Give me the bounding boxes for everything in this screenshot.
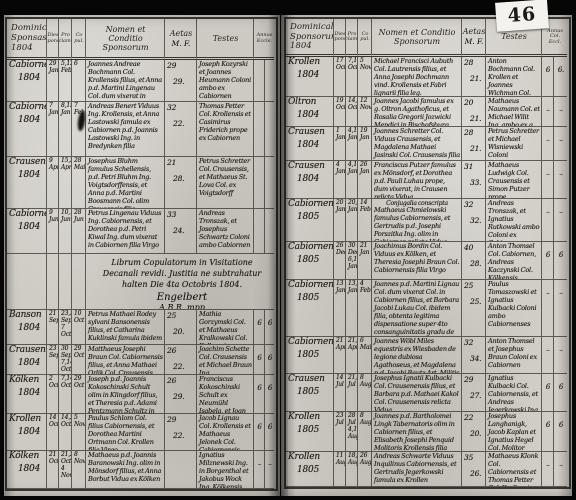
row-witnesses: Joachim Schette Col. Crausensis et Micha… — [199, 346, 252, 375]
cell-copulation-date: 8 Aug — [358, 374, 372, 412]
register-row: Kölken 1804 21 Oct 21,28 Oct 4 Nov 8 Nov… — [7, 451, 276, 489]
row-fee-2: 6 — [267, 354, 273, 363]
cell-place: Crausen 1804 — [7, 157, 47, 209]
row-year: 1804 — [18, 170, 45, 181]
row-fee-2: – — [556, 208, 566, 217]
cell-place: Kölken 1804 — [7, 375, 47, 414]
row-betrothal-date: 14 Oct — [49, 415, 57, 429]
cell-copulation-date: 12 Nov — [358, 97, 372, 127]
cell-fee-2: 6 — [265, 375, 274, 414]
row-fee-1: 6 — [256, 319, 263, 328]
row-betrothal-date: 21 Oct — [49, 452, 57, 466]
cell-witnesses: Andreas Tronszak, et Josephus Schwartz C… — [197, 209, 254, 254]
cell-ages: 29 27. — [462, 374, 486, 412]
row-fee-2: 6 — [556, 421, 566, 430]
row-place: Crausen — [288, 162, 332, 172]
row-names-condition: Joannes Jacobi famulus ex g. Oltron Agat… — [374, 98, 460, 127]
row-fee-1: 6 — [544, 421, 552, 430]
row-place: Cabiornen — [9, 103, 45, 113]
header-aetas-sub: M. F. — [172, 40, 191, 48]
cell-witnesses: Josephus Langhanigk, Jacob Kaplan et Ign… — [486, 412, 542, 452]
cell-copulation-date: 4 Feb — [358, 280, 372, 337]
row-age-female: 28. — [173, 174, 195, 183]
visitation-note: Librum Copulatorum in Visitatione Decana… — [86, 254, 274, 310]
row-place: Kölken — [9, 452, 45, 462]
row-betrothal-date: 29 Jan — [49, 61, 57, 75]
register-row: Cabiornen 1805 20 Jan 20,27 Jan 14 Feb C… — [286, 199, 569, 242]
register-row: Cabiornen 1804 7 Jan 8,15,22 Jan 7 Feb A… — [7, 102, 276, 157]
cell-fee-2: – — [265, 451, 274, 489]
cell-ages: 25 20. — [165, 310, 197, 345]
row-age-male: 26 — [167, 346, 195, 355]
cell-fee-1: 6 — [254, 375, 265, 414]
row-fee-1: 6 — [544, 383, 552, 392]
row-names-condition: Joannes Andreae Bochmann Col. Krollensis… — [88, 61, 163, 102]
row-place: Crausen — [288, 128, 332, 138]
cell-proclamation-dates: 30 Sept 7,14 Oct — [59, 345, 72, 375]
row-names-condition: Mathaeus Chmielowski famulus Cabiornensi… — [374, 207, 460, 242]
row-year: 1804 — [18, 323, 45, 334]
cell-fee-2 — [265, 209, 274, 254]
row-copulation-date: 5 Nov — [360, 58, 370, 72]
row-age-male: 32 — [464, 338, 484, 347]
cell-copulation-date: 28 Jun — [72, 209, 86, 254]
cell-fee-2: – — [554, 280, 567, 337]
cell-copulation-date: 29 Oct — [72, 345, 86, 375]
row-names-condition: Mathaeus p.d. Joannis Baranowski Ing. ol… — [88, 452, 163, 484]
cell-fee-2 — [265, 60, 274, 102]
row-names-condition: Joannes Wöbl Miles equestris ex Wiesbade… — [374, 338, 460, 374]
register-row: Cabiornen 1805 26 Dec 30 Dec 6,13 Jan 21… — [286, 242, 569, 280]
row-witnesses: Andreas Tronszak, et Josephus Schwartz C… — [199, 210, 252, 250]
register-row: Crausen 1804 23 Sept 30 Sept 7,14 Oct 29… — [7, 345, 276, 375]
row-fee-2: 6 — [556, 383, 566, 392]
row-names-condition: Joannes p.d. Bartholomei Lingk Tabernato… — [374, 413, 460, 452]
row-witnesses: Anton Thomsel et Josephus Braun Coloni e… — [488, 338, 540, 370]
cell-ages: 35 26. — [462, 452, 486, 487]
row-copulation-date: 14 Feb — [360, 200, 370, 214]
cell-place-empty — [7, 254, 47, 310]
cell-copulation-date: 26 Aug — [358, 452, 372, 487]
cell-copulation-date: 26 Jan — [358, 161, 372, 199]
row-year: 1804 — [297, 140, 332, 151]
row-fee-2: – — [556, 461, 566, 470]
row-proclamation-dates: 5,12 Feb — [61, 61, 70, 75]
row-year: 1805 — [297, 255, 332, 266]
cell-empty — [59, 254, 72, 310]
row-fee-2: 6. — [556, 66, 566, 75]
cell-place: Oltron 1804 — [286, 97, 334, 127]
cell-copulation-date: 29 Oct — [72, 375, 86, 414]
row-age-male: 25 — [167, 311, 195, 320]
cell-copulation-date: 5 Nov — [72, 414, 86, 451]
register-row: Cabiornen 1804 29 Jan 5,12 Feb 6 Joannes… — [7, 60, 276, 102]
cell-betrothal-date: 14 Jul — [334, 374, 346, 412]
row-names-condition: Paulus Schlom Col. filius Cabiornensis, … — [88, 415, 163, 451]
cell-place: Cabiornen 1805 — [286, 280, 334, 337]
cell-ages: 28 21. — [462, 57, 486, 97]
cell-place: Crausen 1805 — [286, 374, 334, 412]
cell-ages: 40 28. — [462, 242, 486, 280]
row-fee-1: – — [544, 289, 552, 298]
row-age-female: 28. — [470, 259, 484, 268]
register-row: Crausen 1804 9 Apr 15,22 Apr 28 Mai Jose… — [7, 157, 276, 209]
row-year: 1805 — [297, 465, 332, 476]
row-witnesses: Jacob Lignau Col. Krollensis et Mathaeus… — [199, 415, 252, 451]
cell-betrothal-date: 21 Oct — [47, 451, 59, 489]
cell-copulation-date: 6 Mai — [358, 337, 372, 374]
cell-place: Cabiornen 1804 — [7, 60, 47, 102]
row-age-female: 22. — [173, 362, 195, 371]
row-fee-1: – — [256, 460, 263, 469]
row-place: Cabiornen — [9, 61, 45, 71]
row-betrothal-date: 19 Oct — [336, 98, 344, 112]
row-fee-2: – — [556, 106, 566, 115]
row-fee-2: – — [267, 460, 273, 469]
cell-betrothal-date: 20 Jan — [334, 199, 346, 242]
cell-copulation-date: 21 Jan — [358, 242, 372, 280]
cell-names-condition: Joannes p.d. Bartholomei Lingk Tabernato… — [372, 412, 462, 452]
cell-fee-2 — [265, 157, 274, 209]
row-age-female: 20. — [173, 327, 195, 336]
row-fee-1: – — [544, 461, 552, 470]
row-proclamation-dates: 28 Jul 4,11 Aug — [348, 413, 356, 441]
header-aetas-sub: M. F. — [465, 38, 484, 46]
cell-proclamation-dates: 4,11,18 Jan — [346, 161, 358, 199]
row-fee-1: 6 — [256, 354, 263, 363]
row-place: Crausen — [9, 346, 45, 356]
cell-betrothal-date: 9 Apr — [47, 157, 59, 209]
cell-fee-2: 6 — [554, 242, 567, 280]
cell-place: Crausen 1804 — [286, 161, 334, 199]
cell-betrothal-date: 13 Jan — [334, 280, 346, 337]
header-fees-line2: Col. Eccl. — [544, 34, 566, 45]
row-copulation-date: 28 Mai — [74, 158, 84, 172]
cell-place: Cabiornen 1805 — [286, 242, 334, 280]
row-year: 1805 — [297, 293, 332, 304]
row-age-female: 22. — [173, 119, 195, 128]
row-age-female: 26. — [470, 469, 484, 478]
header-betrothal: Dies spons. — [47, 19, 59, 60]
visitation-note-row: Librum Copulatorum in Visitatione Decana… — [7, 254, 276, 310]
cell-proclamation-dates: 8,15,22 Jan — [59, 102, 72, 157]
cell-fee-1: 6 — [254, 414, 265, 451]
row-place: Cabiornen — [288, 200, 332, 210]
cell-names-condition: Petrus Mathaei Rodey sylvani Bansonensis… — [86, 310, 165, 345]
row-age-female: 33. — [470, 178, 484, 187]
row-betrothal-date: 7 Jan — [49, 103, 57, 117]
header-betrothal: Dies spons. — [334, 19, 346, 57]
cell-names-condition: Petrus Lingenau Viduus Ing. Cabiornensis… — [86, 209, 165, 254]
cell-proclamation-dates: 21,28 Oct 4 Nov — [59, 451, 72, 489]
cell-witnesses: Joseph Kozyrski et Joannes Heumann Colon… — [197, 60, 254, 102]
row-fee-2: 6 — [267, 319, 273, 328]
row-year: 1804 — [297, 110, 332, 121]
cell-copulation-date: 19 Jan — [358, 127, 372, 161]
cell-proclamation-dates: 14,21,28 Oct — [59, 414, 72, 451]
cell-fee-1: – — [542, 161, 554, 199]
cell-betrothal-date: 7 Jan — [47, 102, 59, 157]
header-aetas: Aetas M. F. — [462, 19, 486, 57]
header-betrothal-label: Dies spons. — [47, 33, 59, 44]
cell-fee-2: – — [554, 97, 567, 127]
cell-proclamation-dates: 7,14,21 Oct — [59, 375, 72, 414]
row-names-condition: Joseph p.d. Joannis Kokoschinski Schult … — [88, 376, 163, 414]
visitation-note-line-3: halten Die 4ta Octobris 1804. — [92, 280, 272, 291]
register-page-right: Dominicalium Sponsorum 1804 Dies spons. … — [281, 15, 572, 496]
row-names-condition: Joannes Schretter Col. Viduus Crausensis… — [374, 128, 460, 161]
header-aetas-label: Aetas — [463, 27, 486, 36]
row-age-male: 35 — [464, 453, 484, 462]
header-proclamation: Pro clam. — [59, 19, 72, 60]
cell-ages: 32 32. — [462, 199, 486, 242]
row-fee-2: – — [556, 136, 566, 145]
register-row: Krollen 1804 17 Oct 7,14,21 Oct 5 Nov Mi… — [286, 57, 569, 97]
cell-place: Crausen 1804 — [7, 345, 47, 375]
cell-fee-2: 6 — [265, 414, 274, 451]
row-place: Krollen — [288, 58, 332, 68]
row-witnesses: Ignatius Kulbacki Col. Cabiornensis, et … — [488, 375, 540, 412]
row-year: 1805 — [297, 387, 332, 398]
row-place: Kölken — [9, 376, 45, 386]
cell-fee-1: – — [542, 199, 554, 242]
cell-betrothal-date: 9 Jun — [47, 209, 59, 254]
cell-proclamation-dates: 28 Jul 4,11 Aug — [346, 412, 358, 452]
row-betrothal-date: 23 Sept — [49, 346, 57, 360]
cell-betrothal-date: 26 Dec — [334, 242, 346, 280]
row-place: Crausen — [288, 375, 332, 385]
cell-betrothal-date: 23 Sept — [47, 345, 59, 375]
cell-witnesses: Mathaeus Naumann Col. et Michael Wilit I… — [486, 97, 542, 127]
row-copulation-date: 12 Nov — [360, 98, 370, 112]
row-age-female: 34. — [470, 354, 484, 363]
cell-proclamation-dates: 21,28 Apr — [346, 337, 358, 374]
cell-fee-1: – — [254, 451, 265, 489]
cell-ages: 21 28. — [165, 157, 197, 209]
row-year: 1804 — [18, 73, 45, 84]
cell-names-condition: Franciscus Putzer famulus ex Mönsdorf, e… — [372, 161, 462, 199]
header-copulation: Co pul. — [358, 19, 372, 57]
row-age-female: 21. — [470, 74, 484, 83]
cell-witnesses: Ignatius Kulbacki Col. Cabiornensis, et … — [486, 374, 542, 412]
cell-fee-2: – — [554, 161, 567, 199]
cell-fee-2: 6 — [265, 310, 274, 345]
row-witnesses: Mathaeus Ludwigk Col. Crausensis et Simo… — [488, 162, 540, 199]
cell-ages: 28 21. — [462, 127, 486, 161]
row-age-female: 25. — [470, 297, 484, 306]
row-betrothal-date: 21 Apr — [336, 338, 344, 352]
row-place: Krollen — [9, 415, 45, 425]
cell-ages: 25 25. — [462, 280, 486, 337]
register-row: Cabiornen 1805 21 Apr 21,28 Apr 6 Mai Jo… — [286, 337, 569, 374]
cell-witnesses: Jacob Lignau Col. Krollensis et Mathaeus… — [197, 414, 254, 451]
row-proclamation-dates: 30 Sept 7,14 Oct — [61, 346, 70, 374]
cell-ages: 22 20. — [462, 412, 486, 452]
cell-ages: 20 21. — [462, 97, 486, 127]
cell-names-condition: Joseph p.d. Joannis Kokoschinski Schult … — [86, 375, 165, 414]
row-copulation-date: 8 Nov — [74, 452, 84, 466]
row-proclamation-dates: 7,14,21 Oct — [61, 376, 70, 390]
page-number-slip: 46 — [495, 0, 549, 32]
header-aetas: Aetas M. F. — [165, 19, 197, 60]
row-names-condition: Petrus Mathaei Rodey sylvani Bansonensis… — [88, 311, 163, 343]
header-betrothal-label: Dies spons. — [334, 32, 346, 43]
row-fee-1: 6 — [544, 66, 552, 75]
row-age-female: 24. — [173, 226, 195, 235]
cell-names-condition: Joannes Wöbl Miles equestris ex Wiesbade… — [372, 337, 462, 374]
cell-witnesses: Thomas Petter Col. Krollensis et Casimir… — [197, 102, 254, 157]
cell-betrothal-date: 2 Oct — [47, 375, 59, 414]
cell-fee-1: 6 — [254, 310, 265, 345]
row-fee-1: 6 — [256, 384, 263, 393]
cell-names-condition: Conjugalia conscripta Mathaeus Chmielows… — [372, 199, 462, 242]
row-names-condition: Michael Francisci Aubuth Col. Lautrensis… — [374, 58, 460, 97]
row-age-male: 20 — [464, 98, 484, 107]
register-row: Crausen 1804 1 Jan 4,11,18 Jan 19 Jan Jo… — [286, 127, 569, 161]
cell-proclamation-dates: 23,30 Sept 7 Oct — [59, 310, 72, 345]
row-proclamation-dates: 18,25 Aug — [348, 453, 356, 467]
row-witnesses: Ignatius Milznewski Ing. in Borgenthal e… — [199, 452, 252, 489]
row-betrothal-date: 26 Dec — [336, 243, 344, 257]
row-fee-1: – — [544, 170, 552, 179]
row-copulation-date: 19 Jan — [360, 128, 370, 142]
row-copulation-date: 6 — [74, 61, 84, 68]
row-year: 1805 — [297, 350, 332, 361]
cell-names-condition: Michael Francisci Aubuth Col. Lautrensis… — [372, 57, 462, 97]
page-number: 46 — [507, 5, 537, 26]
row-witnesses: Mathia Gorzymski Col. et Mathaeus Kralko… — [199, 311, 252, 345]
row-proclamation-dates: 20,27 Jan — [348, 200, 356, 214]
row-witnesses: Anton Thomsel Col. Cabiornen, Andreas Ka… — [488, 243, 540, 280]
row-copulation-date: 6 Mai — [360, 338, 370, 352]
register-row: Cabiornen 1804 9 Jun 10,17,24 Jun 28 Jun… — [7, 209, 276, 254]
row-place: Banson — [9, 311, 45, 321]
cell-names-condition: Andreas Benert Viduus Ing. Krollensis, e… — [86, 102, 165, 157]
cell-betrothal-date: 4 Jan — [334, 161, 346, 199]
row-names-condition: Andreas Benert Viduus Ing. Krollensis, e… — [88, 103, 163, 151]
row-betrothal-date: 23 Jul — [336, 413, 344, 427]
row-proclamation-dates: 14,21,28 Oct — [61, 415, 70, 429]
cell-fee-1: – — [542, 97, 554, 127]
cell-place: Crausen 1804 — [286, 127, 334, 161]
cell-witnesses: Petrus Schretter et Michael Wisniewski C… — [486, 127, 542, 161]
cell-fee-2: 6 — [554, 412, 567, 452]
cell-fee-1: 6 — [542, 57, 554, 97]
cell-witnesses: Mathia Gorzymski Col. et Mathaeus Kralko… — [197, 310, 254, 345]
cell-names-condition: Joannes Andreae Bochmann Col. Krollensis… — [86, 60, 165, 102]
register-row: Crausen 1805 14 Jul 21,28 Jul 8 Aug Jose… — [286, 374, 569, 412]
cell-names-condition: Joannes p.d. Martini Lignau Col. dum vix… — [372, 280, 462, 337]
row-fee-1: – — [544, 346, 552, 355]
row-betrothal-date: 21 Sept — [49, 311, 57, 325]
rows-right: Krollen 1804 17 Oct 7,14,21 Oct 5 Nov Mi… — [286, 57, 569, 487]
cell-fee-1: – — [542, 337, 554, 374]
cell-place: Krollen 1805 — [286, 452, 334, 487]
cell-ages: 29 22. — [165, 414, 197, 451]
scanned-register-spread: Dominicalium Sponsas 1804 Dies spons. Pr… — [0, 0, 576, 500]
row-betrothal-date: 14 Jul — [336, 375, 344, 389]
cell-proclamation-dates: 30 Dec 6,13 Jan — [346, 242, 358, 280]
header-register-title: Dominicalium Sponsas 1804 — [9, 23, 47, 53]
row-betrothal-date: 9 Jun — [49, 210, 57, 224]
row-copulation-date: 5 Nov — [74, 415, 84, 429]
cell-witnesses: Anton Thomsel et Josephus Braun Coloni e… — [486, 337, 542, 374]
row-age-female: 29. — [173, 77, 195, 86]
cell-betrothal-date: 14 Oct — [47, 414, 59, 451]
row-year: 1804 — [297, 70, 332, 81]
cell-witnesses: Anton Bochmann Col. Krollen et Joannes W… — [486, 57, 542, 97]
row-fee-2: 6 — [267, 384, 273, 393]
row-fee-2: 6 — [556, 251, 566, 260]
cell-proclamation-dates: 7,14,21 Oct — [346, 57, 358, 97]
row-proclamation-dates: 7,14,21 Oct — [348, 58, 356, 72]
row-proclamation-dates: 21,28 Apr — [348, 338, 356, 352]
cell-fee-1: 6 — [542, 412, 554, 452]
header-proclamation: Pro clam. — [346, 19, 358, 57]
row-betrothal-date: 13 Jan — [336, 281, 344, 295]
row-copulation-date: 28 Jun — [74, 210, 84, 224]
cell-betrothal-date: 17 Oct — [334, 57, 346, 97]
table-header-left: Dominicalium Sponsas 1804 Dies spons. Pr… — [7, 19, 276, 60]
cell-fee-1: – — [542, 127, 554, 161]
row-age-male: 26 — [167, 376, 195, 385]
cell-betrothal-date: 23 Jul — [334, 412, 346, 452]
cell-place: Banson 1804 — [7, 310, 47, 345]
cell-empty — [72, 254, 86, 310]
cell-copulation-date: 8 Aug — [358, 412, 372, 452]
row-age-male: 21 — [167, 158, 195, 167]
cell-witnesses: Franciscus Kokoschinski Schult ex Neumüh… — [197, 375, 254, 414]
cell-copulation-date: 10 Oct — [72, 310, 86, 345]
header-testes-label: Testes — [213, 34, 239, 43]
row-place: Crausen — [9, 158, 45, 168]
row-fee-1: 6 — [256, 423, 263, 432]
register-page-left: Dominicalium Sponsas 1804 Dies spons. Pr… — [4, 15, 280, 496]
cell-fee-2: 6 — [554, 374, 567, 412]
row-proclamation-dates: 10,17,24 Jun — [61, 210, 70, 224]
row-place: Cabiornen — [288, 243, 332, 253]
header-copulation-label: Co pul. — [74, 33, 84, 44]
row-proclamation-dates: 8,15,22 Jan — [61, 103, 70, 117]
row-fee-2: – — [556, 346, 566, 355]
cell-names-condition: Matthaeus Josephi Braun Col. Cabiornensi… — [86, 345, 165, 375]
row-witnesses: Andreas Tronszak, et Ignatius Rutkowski … — [488, 200, 540, 242]
row-age-female: 32. — [470, 216, 484, 225]
row-proclamation-dates: 14,21,28 Oct — [348, 98, 356, 112]
row-proclamation-dates: 4,11,18 Jan — [348, 128, 356, 142]
cell-copulation-date: 14 Feb — [358, 199, 372, 242]
cell-fee-2: – — [554, 337, 567, 374]
cell-names-condition: Mathaeus p.d. Joannis Baranowski Ing. ol… — [86, 451, 165, 489]
row-copulation-date: 29 Oct — [74, 346, 84, 360]
cell-fee-1: – — [542, 280, 554, 337]
register-row: Krollen 1805 11 Aug 18,25 Aug 26 Aug And… — [286, 452, 569, 487]
cell-names-condition: Andreas Schwarte Viduus Inquilinus Cabio… — [372, 452, 462, 487]
row-age-male: 25 — [464, 281, 484, 290]
row-proclamation-dates: 30 Dec 6,13 Jan — [348, 243, 356, 271]
cell-fee-2: 6. — [554, 57, 567, 97]
header-proclamation-label: Pro clam. — [346, 32, 358, 43]
cell-fee-2: – — [554, 199, 567, 242]
register-row: Kölken 1804 2 Oct 7,14,21 Oct 29 Oct Jos… — [7, 375, 276, 414]
cell-proclamation-dates: 18,25 Aug — [346, 452, 358, 487]
row-year: 1804 — [18, 427, 45, 438]
row-witnesses: Anton Bochmann Col. Krollen et Joannes W… — [488, 58, 540, 97]
cell-betrothal-date: 1 Jan — [334, 127, 346, 161]
cell-ages: 32 22. — [165, 102, 197, 157]
row-age-female: 20. — [470, 429, 484, 438]
row-age-male: 31 — [464, 162, 484, 171]
